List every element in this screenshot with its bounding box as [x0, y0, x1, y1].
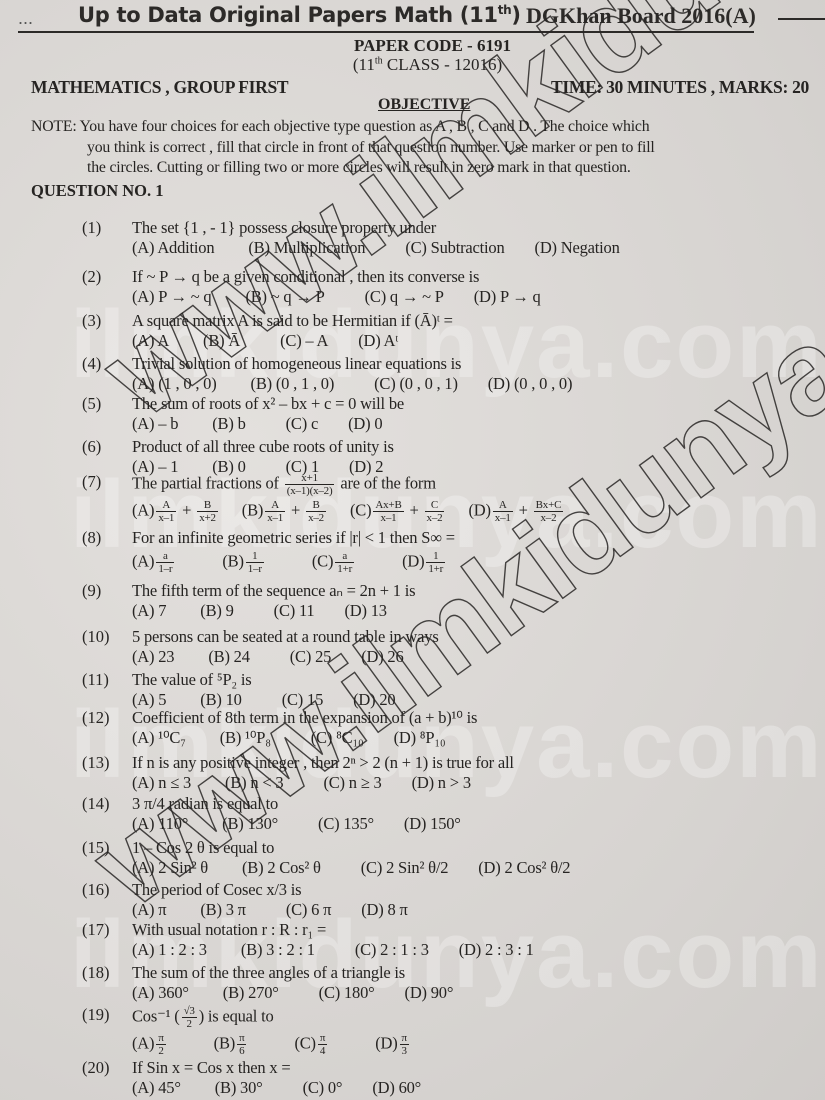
answer-option[interactable]: (A) 23 [132, 647, 174, 667]
answer-options: (A) 5(B) 10(C) 15(D) 20 [132, 690, 802, 710]
question-item: (10)5 persons can be seated at a round t… [82, 627, 802, 667]
answer-option[interactable]: (A)Ax–1 + Bx+2 [132, 499, 220, 524]
answer-option[interactable]: (A) ¹⁰C₇ [132, 728, 186, 748]
question-stem: Product of all three cube roots of unity… [132, 437, 802, 457]
question-stem: If ~ P → q be a given conditional , then… [132, 267, 802, 287]
numerator: √3 [182, 1005, 197, 1018]
banner-dots: ... [18, 8, 33, 29]
question-number: (5) [82, 394, 130, 414]
answer-option[interactable]: (D) 20 [353, 690, 395, 710]
fraction: π6 [237, 1032, 246, 1057]
question-item: (12)Coefficient of 8th term in the expan… [82, 708, 802, 748]
plus-sign: + [515, 500, 532, 519]
question-number: (15) [82, 838, 130, 858]
denominator: x–1 [493, 512, 513, 524]
fraction: Ax–1 [493, 499, 513, 524]
note-line: You have four choices for each objective… [77, 118, 650, 135]
fraction: Bx+2 [197, 499, 218, 524]
question-item: (2)If ~ P → q be a given conditional , t… [82, 267, 802, 307]
note-line: you think is correct , fill that circle … [31, 138, 791, 159]
question-item: (7)The partial fractions of x+1(x–1)(x–2… [82, 472, 802, 524]
question-stem: If Sin x = Cos x then x = [132, 1058, 802, 1078]
question-number: (2) [82, 267, 130, 287]
numerator: A [265, 499, 285, 512]
answer-option[interactable]: (C) ⁸C₁₀ [311, 728, 364, 748]
denominator: 2 [182, 1018, 197, 1030]
numerator: C [425, 499, 445, 512]
question-item: (5)The sum of roots of x² – bx + c = 0 w… [82, 394, 802, 434]
answer-option[interactable]: (B) Multiplication [248, 238, 365, 258]
question-stem: The period of Cosec x/3 is [132, 880, 802, 900]
answer-option[interactable]: (C) 2 Sin² θ/2 [361, 858, 449, 878]
answer-option[interactable]: (B) 24 [208, 647, 249, 667]
answer-option[interactable]: (C) c [286, 414, 318, 434]
option-label: (C) [350, 500, 371, 519]
answer-option[interactable]: (D) Aᵗ [358, 331, 398, 351]
answer-option[interactable]: (D) 2 Cos² θ/2 [478, 858, 570, 878]
answer-option[interactable]: (C)a1+r [312, 550, 356, 575]
question-stem: Cos⁻¹ (√32) is equal to [132, 1005, 802, 1030]
answer-option[interactable]: (D) Negation [535, 238, 620, 258]
question-stem: Coefficient of 8th term in the expansion… [132, 708, 802, 728]
question-item: (3)A square matrix A is said to be Hermi… [82, 311, 802, 351]
answer-options: (A) 23(B) 24(C) 25(D) 26 [132, 647, 802, 667]
fraction: a1–r [156, 550, 174, 575]
question-number: (16) [82, 880, 130, 900]
question-number: (8) [82, 528, 130, 548]
answer-option[interactable]: (C)π4 [294, 1032, 329, 1057]
denominator: 1–r [246, 563, 264, 575]
question-number: (4) [82, 354, 130, 374]
note-label: NOTE: [31, 118, 77, 135]
question-heading: QUESTION NO. 1 [31, 181, 163, 201]
numerator: 1 [426, 550, 445, 563]
answer-option[interactable]: (C) Subtraction [405, 238, 504, 258]
stem-text: The partial fractions of [132, 473, 283, 492]
option-label: (D) [402, 551, 424, 570]
answer-option[interactable]: (C) 25 [290, 647, 331, 667]
denominator: 1+r [426, 563, 445, 575]
answer-options: (A) Addition(B) Multiplication(C) Subtra… [132, 238, 802, 258]
question-stem: 1 – Cos 2 θ is equal to [132, 838, 802, 858]
fraction: π4 [318, 1032, 327, 1057]
answer-option[interactable]: (D) 8 π [361, 900, 407, 920]
question-stem: The partial fractions of x+1(x–1)(x–2) a… [132, 472, 802, 497]
question-number: (6) [82, 437, 130, 457]
answer-option[interactable]: (D) 13 [344, 601, 386, 621]
answer-options: (A) 360°(B) 270°(C) 180°(D) 90° [132, 983, 802, 1003]
question-stem: The value of ⁵P₂ is [132, 670, 802, 690]
answer-option[interactable]: (C) 2 : 1 : 3 [355, 940, 429, 960]
answer-option[interactable]: (C) 6 π [286, 900, 331, 920]
fraction: x+1(x–1)(x–2) [285, 472, 335, 497]
answer-option[interactable]: (B) 3 : 2 : 1 [241, 940, 315, 960]
question-item: (18)The sum of the three angles of a tri… [82, 963, 802, 1003]
fraction: Ax–1 [156, 499, 176, 524]
answer-option[interactable]: (B) 10 [200, 690, 241, 710]
numerator: π [400, 1032, 409, 1045]
subject-group: MATHEMATICS , GROUP FIRST [31, 77, 288, 98]
fraction: Ax–1 [265, 499, 285, 524]
numerator: Ax+B [373, 499, 403, 512]
answer-option[interactable]: (C) – A [280, 331, 328, 351]
question-item: (14)3 π/4 radian is equal to(A) 110°(B) … [82, 794, 802, 834]
question-number: (7) [82, 472, 130, 492]
question-number: (20) [82, 1058, 130, 1078]
question-stem: For an infinite geometric series if |r| … [132, 528, 802, 548]
answer-option[interactable]: (D) n > 3 [412, 773, 471, 793]
answer-option[interactable]: (B) 270° [223, 983, 279, 1003]
numerator: a [335, 550, 354, 563]
denominator: x–1 [156, 512, 176, 524]
answer-options: (A)Ax–1 + Bx+2(B)Ax–1 + Bx–2(C)Ax+Bx–1 +… [132, 499, 802, 524]
question-item: (20)If Sin x = Cos x then x =(A) 45°(B) … [82, 1058, 802, 1098]
question-item: (11)The value of ⁵P₂ is(A) 5(B) 10(C) 15… [82, 670, 802, 710]
answer-option[interactable]: (A) 110° [132, 814, 188, 834]
answer-option[interactable]: (A) 2 Sin² θ [132, 858, 208, 878]
answer-option[interactable]: (D) 26 [361, 647, 403, 667]
answer-option[interactable]: (A) 360° [132, 983, 189, 1003]
numerator: A [156, 499, 176, 512]
question-number: (13) [82, 753, 130, 773]
answer-option[interactable]: (B) Ā [203, 331, 240, 351]
answer-option[interactable]: (A) 7 [132, 601, 166, 621]
option-label: (D) [468, 500, 490, 519]
plus-sign: + [287, 500, 304, 519]
answer-option[interactable]: (A) A [132, 331, 169, 351]
question-number: (10) [82, 627, 130, 647]
question-item: (19)Cos⁻¹ (√32) is equal to(A)π2(B)π6(C)… [82, 1005, 802, 1057]
fraction: Cx–2 [425, 499, 445, 524]
answer-option[interactable]: (D) 90° [405, 983, 454, 1003]
option-label: (A) [132, 551, 154, 570]
paper-code: PAPER CODE - 6191 [40, 36, 825, 56]
answer-option[interactable]: (A) 1 : 2 : 3 [132, 940, 207, 960]
series-title: Up to Data Original Papers Math (11th) [78, 3, 521, 27]
answer-option[interactable]: (B) n < 3 [225, 773, 283, 793]
question-item: (13)If n is any positive integer , then … [82, 753, 802, 793]
answer-options: (A) 110°(B) 130°(C) 135°(D) 150° [132, 814, 802, 834]
answer-option[interactable]: (C) q → ~ P [365, 287, 444, 307]
fraction: Ax+Bx–1 [373, 499, 403, 524]
banner-dash [778, 18, 825, 20]
denominator: x–2 [425, 512, 445, 524]
numerator: x+1 [285, 472, 335, 485]
question-item: (15)1 – Cos 2 θ is equal to(A) 2 Sin² θ(… [82, 838, 802, 878]
denominator: x+2 [197, 512, 218, 524]
fraction: 11–r [246, 550, 264, 575]
question-number: (1) [82, 218, 130, 238]
answer-options: (A) A(B) Ā(C) – A(D) Aᵗ [132, 331, 802, 351]
fraction: π2 [156, 1032, 165, 1057]
answer-option[interactable]: (A) n ≤ 3 [132, 773, 191, 793]
answer-option[interactable]: (B) ¹⁰P₈ [220, 728, 271, 748]
denominator: 2 [156, 1045, 165, 1057]
fraction: Bx–2 [306, 499, 326, 524]
instructions-note: NOTE: You have four choices for each obj… [31, 117, 791, 179]
stem-text: Cos⁻¹ ( [132, 1006, 180, 1025]
question-number: (12) [82, 708, 130, 728]
option-label: (B) [222, 551, 243, 570]
answer-option[interactable]: (D) 2 : 3 : 1 [459, 940, 534, 960]
question-number: (18) [82, 963, 130, 983]
answer-option[interactable]: (B) 2 Cos² θ [242, 858, 321, 878]
question-stem: The sum of roots of x² – bx + c = 0 will… [132, 394, 802, 414]
answer-option[interactable]: (A) (1 , 0 , 0) [132, 374, 217, 394]
exam-paper-page: ilmkidunya.com ilmkidunya.com ilmkidunya… [0, 0, 825, 1100]
denominator: 6 [237, 1045, 246, 1057]
stem-text: ) is equal to [199, 1006, 274, 1025]
question-number: (9) [82, 581, 130, 601]
answer-option[interactable]: (D)Ax–1 + Bx+Cx–2 [468, 499, 565, 524]
answer-options: (A) (1 , 0 , 0)(B) (0 , 1 , 0)(C) (0 , 0… [132, 374, 802, 394]
denominator: x–2 [306, 512, 326, 524]
answer-option[interactable]: (B) 130° [222, 814, 278, 834]
denominator: 1+r [335, 563, 354, 575]
stem-text: are of the form [336, 473, 435, 492]
question-number: (19) [82, 1005, 130, 1025]
answer-option[interactable]: (B) 9 [200, 601, 233, 621]
numerator: a [156, 550, 174, 563]
question-stem: With usual notation r : R : r₁ = [132, 920, 802, 940]
class-year: (11th CLASS - 12016) [30, 55, 825, 75]
answer-options: (A) P → ~ q(B) ~ q → P(C) q → ~ P(D) P →… [132, 287, 802, 307]
numerator: π [237, 1032, 246, 1045]
option-label: (A) [132, 1033, 154, 1052]
time-marks: TIME: 30 MINUTES , MARKS: 20 [551, 77, 809, 98]
question-stem: 3 π/4 radian is equal to [132, 794, 802, 814]
question-number: (3) [82, 311, 130, 331]
question-stem: 5 persons can be seated at a round table… [132, 627, 802, 647]
answer-options: (A)π2(B)π6(C)π4(D)π3 [132, 1032, 802, 1057]
answer-options: (A) ¹⁰C₇(B) ¹⁰P₈(C) ⁸C₁₀(D) ⁸P₁₀ [132, 728, 802, 748]
question-stem: The sum of the three angles of a triangl… [132, 963, 802, 983]
answer-option[interactable]: (B)Ax–1 + Bx–2 [242, 499, 328, 524]
answer-option[interactable]: (A) Addition [132, 238, 214, 258]
numerator: π [156, 1032, 165, 1045]
answer-option[interactable]: (D) 150° [404, 814, 461, 834]
answer-option[interactable]: (C) 11 [274, 601, 315, 621]
numerator: π [318, 1032, 327, 1045]
answer-option[interactable]: (A) π [132, 900, 166, 920]
answer-option[interactable]: (B)11–r [222, 550, 265, 575]
answer-option[interactable]: (C)Ax+Bx–1 + Cx–2 [350, 499, 446, 524]
answer-option[interactable]: (B) ~ q → P [245, 287, 324, 307]
answer-option[interactable]: (D) ⁸P₁₀ [394, 728, 446, 748]
answer-options: (A) n ≤ 3(B) n < 3(C) n ≥ 3(D) n > 3 [132, 773, 802, 793]
fraction: Bx+Cx–2 [534, 499, 564, 524]
answer-option[interactable]: (A) 5 [132, 690, 166, 710]
question-stem: The set {1 , - 1} possess closure proper… [132, 218, 802, 238]
top-banner: ... Up to Data Original Papers Math (11t… [18, 2, 813, 32]
answer-option[interactable]: (D) 60° [372, 1078, 421, 1098]
option-label: (D) [375, 1033, 397, 1052]
answer-option[interactable]: (A) P → ~ q [132, 287, 211, 307]
option-label: (B) [214, 1033, 235, 1052]
question-number: (14) [82, 794, 130, 814]
numerator: Bx+C [534, 499, 564, 512]
banner-underline [18, 31, 754, 33]
question-item: (17)With usual notation r : R : r₁ =(A) … [82, 920, 802, 960]
answer-option[interactable]: (A)π2 [132, 1032, 168, 1057]
answer-option[interactable]: (B) 3 π [200, 900, 245, 920]
answer-options: (A) 1 : 2 : 3(B) 3 : 2 : 1(C) 2 : 1 : 3(… [132, 940, 802, 960]
section-title: OBJECTIVE [378, 96, 470, 114]
numerator: A [493, 499, 513, 512]
board-title: DGKhan Board 2016(A) [526, 3, 756, 29]
option-label: (B) [242, 500, 263, 519]
answer-option[interactable]: (D)11+r [402, 550, 447, 575]
answer-options: (A) – b(B) b(C) c(D) 0 [132, 414, 802, 434]
question-item: (16)The period of Cosec x/3 is(A) π(B) 3… [82, 880, 802, 920]
denominator: x–1 [265, 512, 285, 524]
fraction: 11+r [426, 550, 445, 575]
question-number: (17) [82, 920, 130, 940]
numerator: B [306, 499, 326, 512]
answer-option[interactable]: (B) 30° [215, 1078, 263, 1098]
note-line: the circles. Cutting or filling two or m… [31, 158, 791, 179]
question-item: (9)The fifth term of the sequence aₙ = 2… [82, 581, 802, 621]
answer-options: (A)a1–r(B)11–r(C)a1+r(D)11+r [132, 550, 802, 575]
denominator: x–1 [373, 512, 403, 524]
answer-option[interactable]: (B) (0 , 1 , 0) [251, 374, 335, 394]
answer-options: (A) π(B) 3 π(C) 6 π(D) 8 π [132, 900, 802, 920]
answer-options: (A) 45°(B) 30°(C) 0°(D) 60° [132, 1078, 802, 1098]
question-stem: The fifth term of the sequence aₙ = 2n +… [132, 581, 802, 601]
answer-option[interactable]: (C) 0° [303, 1078, 343, 1098]
answer-option[interactable]: (C) (0 , 0 , 1) [374, 374, 458, 394]
denominator: 1–r [156, 563, 174, 575]
question-item: (8)For an infinite geometric series if |… [82, 528, 802, 575]
answer-option[interactable]: (D) 0 [348, 414, 382, 434]
answer-option[interactable]: (C) 135° [318, 814, 374, 834]
fraction: a1+r [335, 550, 354, 575]
denominator: (x–1)(x–2) [285, 485, 335, 497]
answer-option[interactable]: (B)π6 [214, 1032, 249, 1057]
answer-option[interactable]: (B) b [212, 414, 245, 434]
answer-option[interactable]: (C) 15 [282, 690, 323, 710]
numerator: B [197, 499, 218, 512]
fraction: π3 [400, 1032, 409, 1057]
question-stem: A square matrix A is said to be Hermitia… [132, 311, 802, 331]
answer-option[interactable]: (C) 180° [319, 983, 375, 1003]
answer-option[interactable]: (A) – b [132, 414, 178, 434]
option-label: (A) [132, 500, 154, 519]
answer-option[interactable]: (D) P → q [474, 287, 541, 307]
answer-options: (A) 7(B) 9(C) 11(D) 13 [132, 601, 802, 621]
plus-sign: + [406, 500, 423, 519]
denominator: 4 [318, 1045, 327, 1057]
question-number: (11) [82, 670, 130, 690]
answer-option[interactable]: (D)π3 [375, 1032, 411, 1057]
answer-option[interactable]: (D) (0 , 0 , 0) [488, 374, 573, 394]
answer-option[interactable]: (A)a1–r [132, 550, 176, 575]
question-item: (4)Trivial solution of homogeneous linea… [82, 354, 802, 394]
question-item: (6)Product of all three cube roots of un… [82, 437, 802, 477]
plus-sign: + [178, 500, 195, 519]
numerator: 1 [246, 550, 264, 563]
question-stem: Trivial solution of homogeneous linear e… [132, 354, 802, 374]
question-item: (1)The set {1 , - 1} possess closure pro… [82, 218, 802, 258]
option-label: (C) [312, 551, 333, 570]
denominator: x–2 [534, 512, 564, 524]
denominator: 3 [400, 1045, 409, 1057]
answer-option[interactable]: (C) n ≥ 3 [323, 773, 381, 793]
option-label: (C) [294, 1033, 315, 1052]
fraction: √32 [182, 1005, 197, 1030]
question-stem: If n is any positive integer , then 2ⁿ >… [132, 753, 802, 773]
answer-options: (A) 2 Sin² θ(B) 2 Cos² θ(C) 2 Sin² θ/2(D… [132, 858, 802, 878]
answer-option[interactable]: (A) 45° [132, 1078, 181, 1098]
